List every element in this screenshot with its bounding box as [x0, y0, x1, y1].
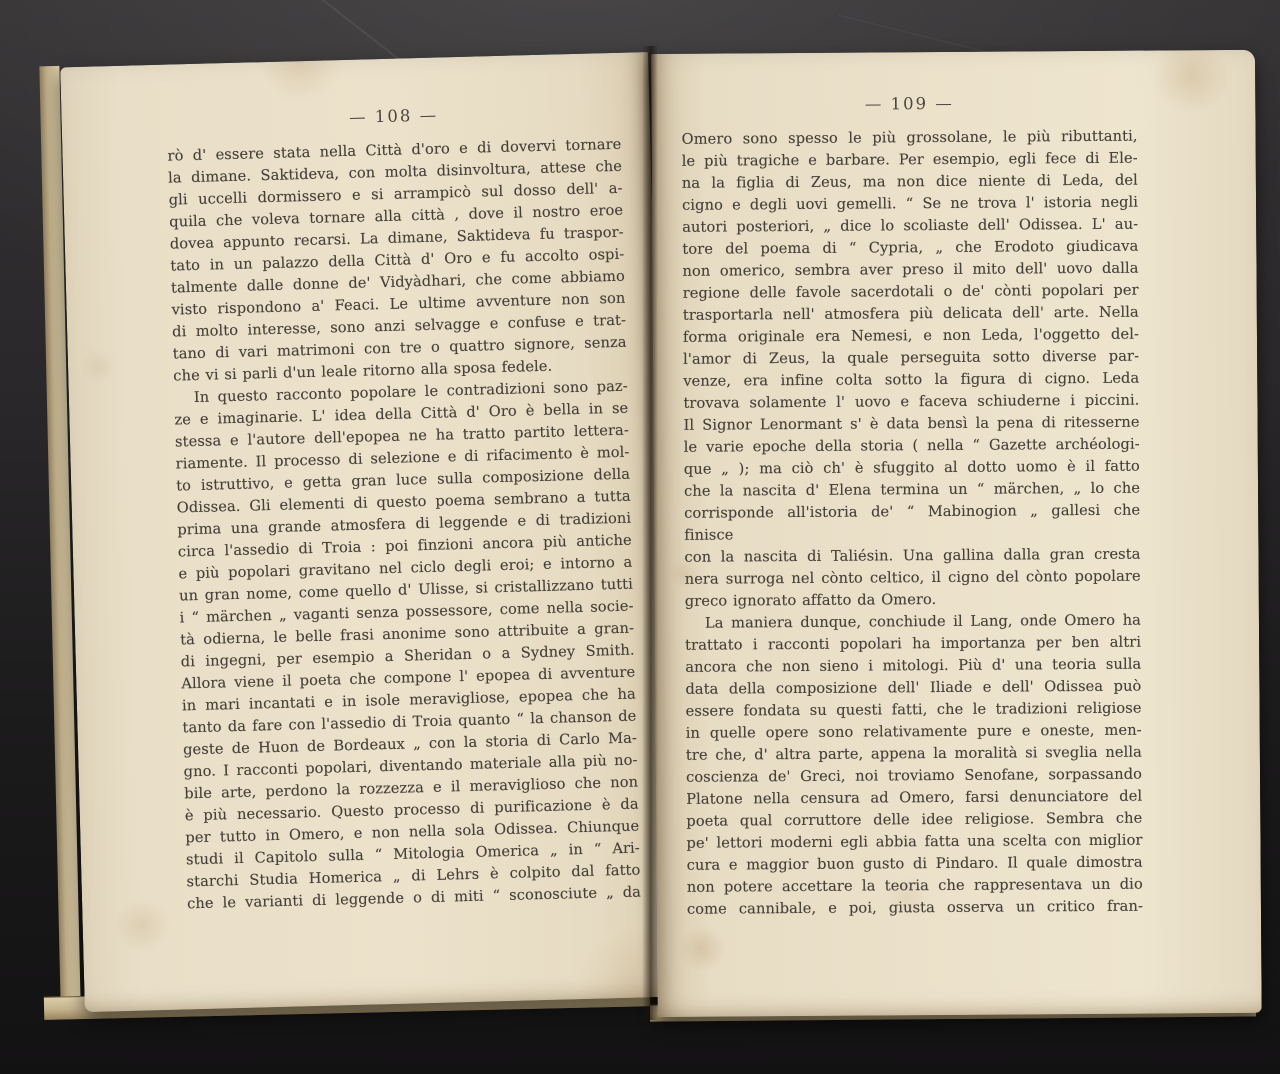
text-line: non potere accettare la teoria che rappr…: [687, 874, 1143, 899]
text-line: trattato i racconti popolari ha importan…: [685, 632, 1141, 657]
photo-background: — 108 — rò d' essere stata nella Città d…: [0, 0, 1280, 1074]
text-line: greco ignorato affatto da Omero.: [685, 588, 1141, 613]
text-line: che la nascita d' Elena termina un “ mär…: [684, 478, 1140, 503]
text-line: con la nascita di Taliésin. Una gallina …: [684, 544, 1140, 569]
text-line: venze, era infine colta sotto la figura …: [683, 368, 1139, 393]
page-number-right: — 109 —: [681, 93, 1137, 115]
text-line: tore del poema di “ Cypria, „ che Erodot…: [682, 236, 1138, 261]
text-line: data della composizione dell' Iliade e d…: [685, 676, 1141, 701]
text-line: que „ ); ma ciò ch' è sfuggito al dotto …: [684, 456, 1140, 481]
text-line: come cannibale, e poi, giusta osserva un…: [687, 896, 1143, 921]
page-text-right: Omero sono spesso le più grossolane, le …: [682, 126, 1144, 921]
background-scratch: [312, 0, 408, 67]
text-line: in quelle opere sono relativamente pure …: [686, 720, 1142, 745]
page-text-left: rò d' essere stata nella Città d'oro e d…: [167, 134, 641, 916]
text-line: forma originale era Nemesi, e non Leda, …: [683, 324, 1139, 349]
text-line: l'amor di Zeus, la quale perseguita sott…: [683, 346, 1139, 371]
page-number-left: — 108 —: [166, 101, 620, 132]
book-page-right: — 109 — Omero sono spesso le più grossol…: [651, 50, 1262, 1017]
text-line: trasportarla nell' atmosfera più delicat…: [683, 302, 1139, 327]
book-gutter-shadow: [642, 46, 658, 1020]
text-line: Il Signor Lenormant s' è data bensì la p…: [684, 412, 1140, 437]
text-line: La maniera dunque, conchiude il Lang, on…: [685, 610, 1141, 635]
text-line: Omero sono spesso le più grossolane, le …: [682, 126, 1138, 151]
text-line: nera surroga nel cònto celtico, il cigno…: [685, 566, 1141, 591]
text-line: cura e maggior buon gusto di Pindaro. Il…: [687, 852, 1143, 877]
text-line: na la figlia di Zeus, ma non dice niente…: [682, 170, 1138, 195]
text-line: essere fondata su questi fatti, che le t…: [686, 698, 1142, 723]
text-line: ancora che non sieno i mitologi. Più d' …: [685, 654, 1141, 679]
text-line: poeta qual corruttore delle idee religio…: [686, 808, 1142, 833]
text-line: le varie epoche della storia ( nella “ G…: [684, 434, 1140, 459]
text-line: cigno e degli uovi gemelli. “ Se ne trov…: [682, 192, 1138, 217]
text-line: trovava solamente l' uovo e faceva schiu…: [683, 390, 1139, 415]
text-line: coscienza de' Greci, noi troviamo Senofa…: [686, 764, 1142, 789]
text-line: regione delle favole sacerdotali o de' c…: [683, 280, 1139, 305]
text-line: autori posteriori, „ dice lo scoliaste d…: [682, 214, 1138, 239]
book-page-left: — 108 — rò d' essere stata nella Città d…: [60, 52, 673, 1012]
text-line: pe' lettori moderni egli abbia fatta una…: [686, 830, 1142, 855]
text-line: non omerico, sembra aver preso il mito d…: [682, 258, 1138, 283]
text-line: tre che, d' altra parte, appena la moral…: [686, 742, 1142, 767]
text-line: corrisponde all'istoria de' “ Mabinogion…: [684, 500, 1140, 547]
text-line: le più tragiche e barbare. Per esempio, …: [682, 148, 1138, 173]
text-line: Platone nella censura ad Omero, farsi de…: [686, 786, 1142, 811]
